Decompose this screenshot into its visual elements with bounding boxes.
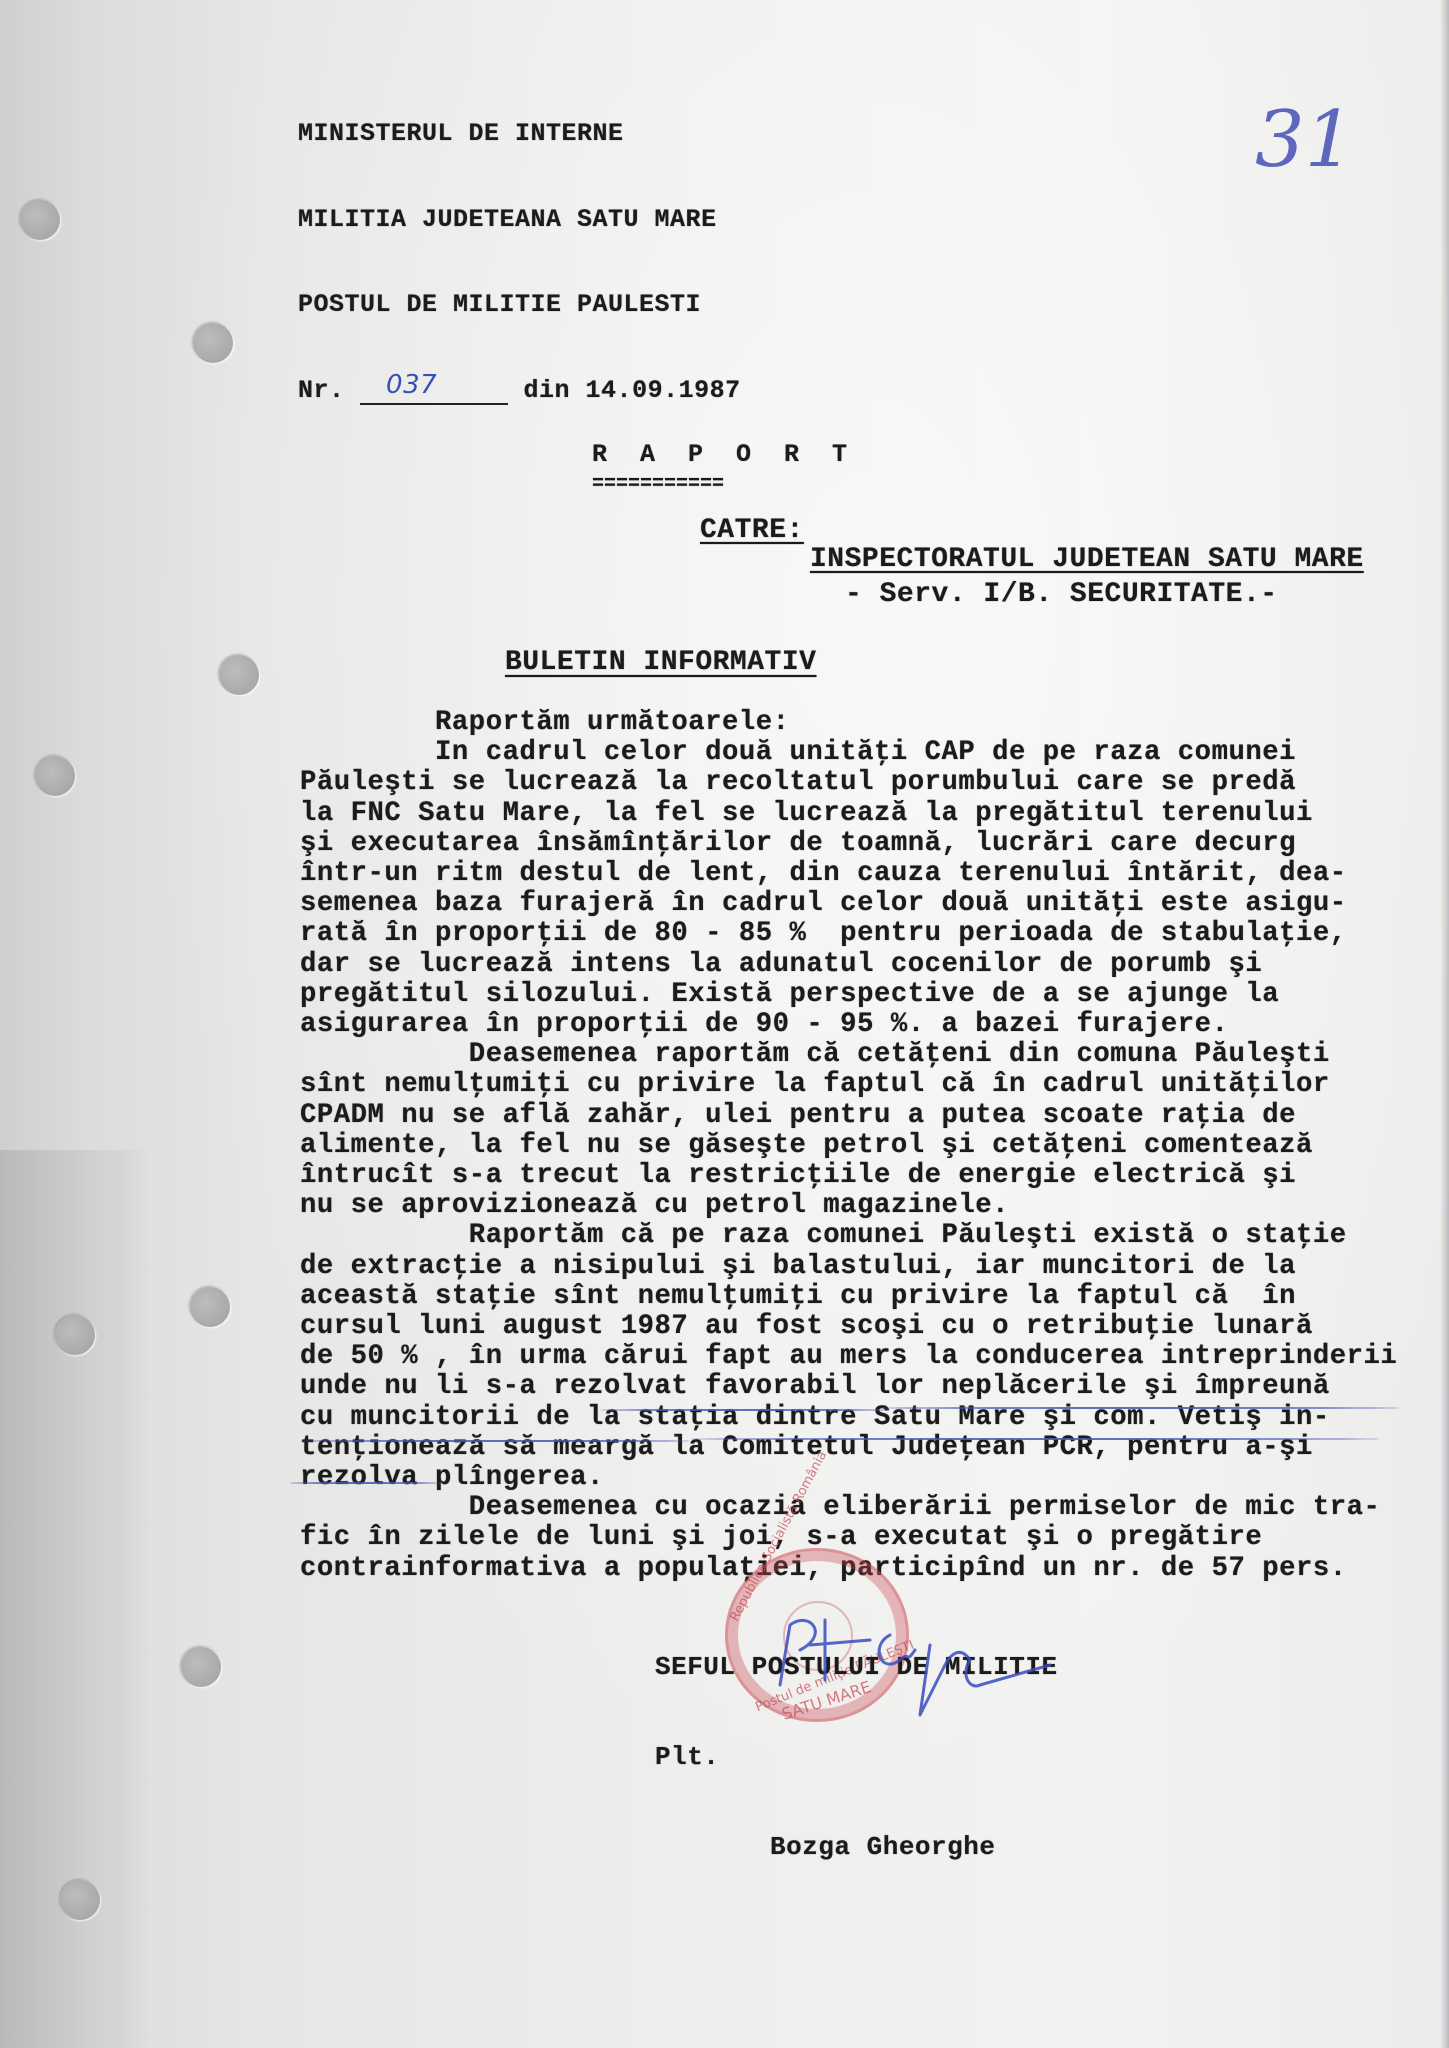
letterhead-county: MILITIA JUDETEANA SATU MARE (298, 206, 741, 235)
punch-hole (60, 1880, 100, 1920)
pen-underline (690, 1438, 1380, 1440)
body-line: fic în zilele de luni şi joi, s-a execut… (300, 1523, 1449, 1553)
document-title: R A P O R T (592, 440, 856, 470)
punch-hole (193, 323, 233, 363)
body-line: dar se lucrează intens la adunatul cocen… (300, 950, 1449, 980)
body-line: Păuleşti se lucrează la recoltatul porum… (300, 768, 1449, 798)
body-line: şi executarea însămînţărilor de toamnă, … (300, 829, 1449, 859)
report-body: Raportăm următoarele: In cadrul celor do… (300, 708, 1449, 1584)
body-line: CPADM nu se află zahăr, ulei pentru a pu… (300, 1101, 1449, 1131)
pen-underline (290, 1482, 440, 1484)
punch-hole (219, 655, 259, 695)
body-line: rezolva plîngerea. (300, 1463, 1449, 1493)
body-line: rată în proporţii de 80 - 85 % pentru pe… (300, 919, 1449, 949)
nr-field: 037 (360, 377, 508, 405)
body-line: pregătitul silozului. Există perspective… (300, 980, 1449, 1010)
letterhead-post: POSTUL DE MILITIE PAULESTI (298, 291, 741, 320)
nr-label: Nr. (298, 376, 345, 405)
body-line: Raportăm că pe raza comunei Păuleşti exi… (300, 1221, 1449, 1251)
pen-underline (600, 1409, 890, 1411)
recipient: INSPECTORATUL JUDETEAN SATU MARE (810, 545, 1364, 575)
nr-value-handwritten: 037 (386, 371, 437, 400)
pen-underline (300, 1440, 690, 1442)
body-line: întrucît s-a trecut la restricţiile de e… (300, 1161, 1449, 1191)
handwritten-page-number: 31 (1255, 100, 1354, 180)
signatory-name: Bozga Gheorghe (655, 1832, 1058, 1862)
catre-label: CATRE: (700, 516, 804, 546)
body-line: unde nu li s-a rezolvat favorabil lor ne… (300, 1372, 1449, 1402)
punch-hole (35, 756, 75, 796)
pen-underline (880, 1407, 1400, 1409)
body-line: la FNC Satu Mare, la fel se lucrează la … (300, 799, 1449, 829)
body-line: într-un ritm destul de lent, din cauza t… (300, 859, 1449, 889)
punch-hole (190, 1287, 230, 1327)
signatory-rank: Plt. (655, 1742, 1058, 1772)
body-line: cursul luni august 1987 au fost scoşi cu… (300, 1312, 1449, 1342)
bulletin-title: BULETIN INFORMATIV (505, 648, 816, 678)
date-text: din 14.09.1987 (524, 376, 741, 405)
punch-hole (55, 1315, 95, 1355)
body-line: de 50 % , în urma cărui fapt au mers la … (300, 1342, 1449, 1372)
body-line: semenea baza furajeră în cadrul celor do… (300, 889, 1449, 919)
handwritten-signature (770, 1605, 1060, 1735)
body-line: In cadrul celor două unităţi CAP de pe r… (300, 738, 1449, 768)
body-line: Deasemenea cu ocazia eliberării permisel… (300, 1493, 1449, 1523)
punch-hole (20, 200, 60, 240)
body-line: Raportăm următoarele: (300, 708, 1449, 738)
letterhead: MINISTERUL DE INTERNE MILITIA JUDETEANA … (298, 63, 741, 434)
body-line: alimente, la fel nu se găseşte petrol şi… (300, 1131, 1449, 1161)
punch-hole (181, 1647, 221, 1687)
body-line: de extracţie a nisipului şi balastului, … (300, 1252, 1449, 1282)
body-line: această staţie sînt nemulţumiţi cu privi… (300, 1282, 1449, 1312)
body-line: nu se aprovizionează cu petrol magazinel… (300, 1191, 1449, 1221)
body-line: asigurarea în proporţii de 90 - 95 %. a … (300, 1010, 1449, 1040)
title-rule: =========== (592, 470, 724, 500)
body-line: sînt nemulţumiţi cu privire la faptul că… (300, 1070, 1449, 1100)
letterhead-ministry: MINISTERUL DE INTERNE (298, 120, 741, 149)
recipient-department: - Serv. I/B. SECURITATE.- (845, 580, 1278, 610)
body-line: Deasemenea raportăm că cetăţeni din comu… (300, 1040, 1449, 1070)
registration-line: Nr. 037 din 14.09.1987 (298, 377, 741, 406)
